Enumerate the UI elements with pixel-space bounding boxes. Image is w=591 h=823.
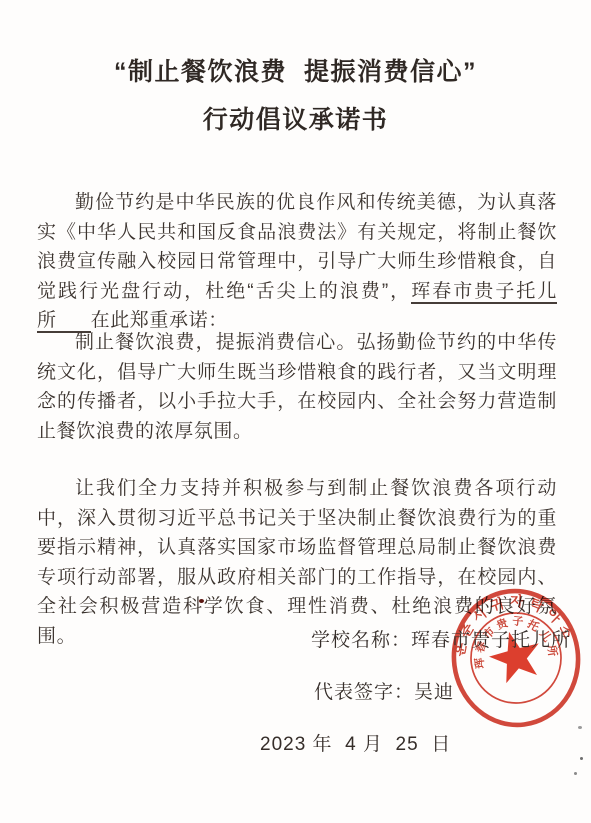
- official-seal-icon: 훈춘시귀자탁아소 珲春市贵子托儿所: [434, 576, 591, 741]
- school-name-line: 学校名称：珲春市贵子托儿所: [311, 625, 571, 652]
- document-title-line1: “制止餐饮浪费 提振消费信心”: [0, 52, 591, 88]
- document-page: “制止餐饮浪费 提振消费信心” 行动倡议承诺书 勤俭节约是中华民族的优良作风和传…: [0, 0, 591, 823]
- paragraph-commitment: 制止餐饮浪费，提振消费信心。弘扬勤俭节约的中华传统文化，倡导广大师生既当珍惜粮食…: [37, 328, 557, 446]
- document-title-line2: 行动倡议承诺书: [0, 100, 591, 136]
- scan-speck: [580, 757, 583, 760]
- representative-signature-line: 代表签字：吴迪: [314, 677, 454, 704]
- date-line: 2023 年 4 月 25 日: [260, 729, 451, 756]
- school-name-value: 珲春市贵子托儿所: [411, 630, 571, 651]
- representative-label: 代表签字：: [314, 682, 414, 703]
- scan-speck: [578, 726, 582, 729]
- scan-speck-red: [199, 599, 204, 603]
- school-name-label: 学校名称：: [311, 630, 411, 651]
- paragraph-opening: 勤俭节约是中华民族的优良作风和传统美德，为认真落实《中华人民共和国反食品浪费法》…: [37, 188, 557, 336]
- scan-speck: [574, 772, 577, 775]
